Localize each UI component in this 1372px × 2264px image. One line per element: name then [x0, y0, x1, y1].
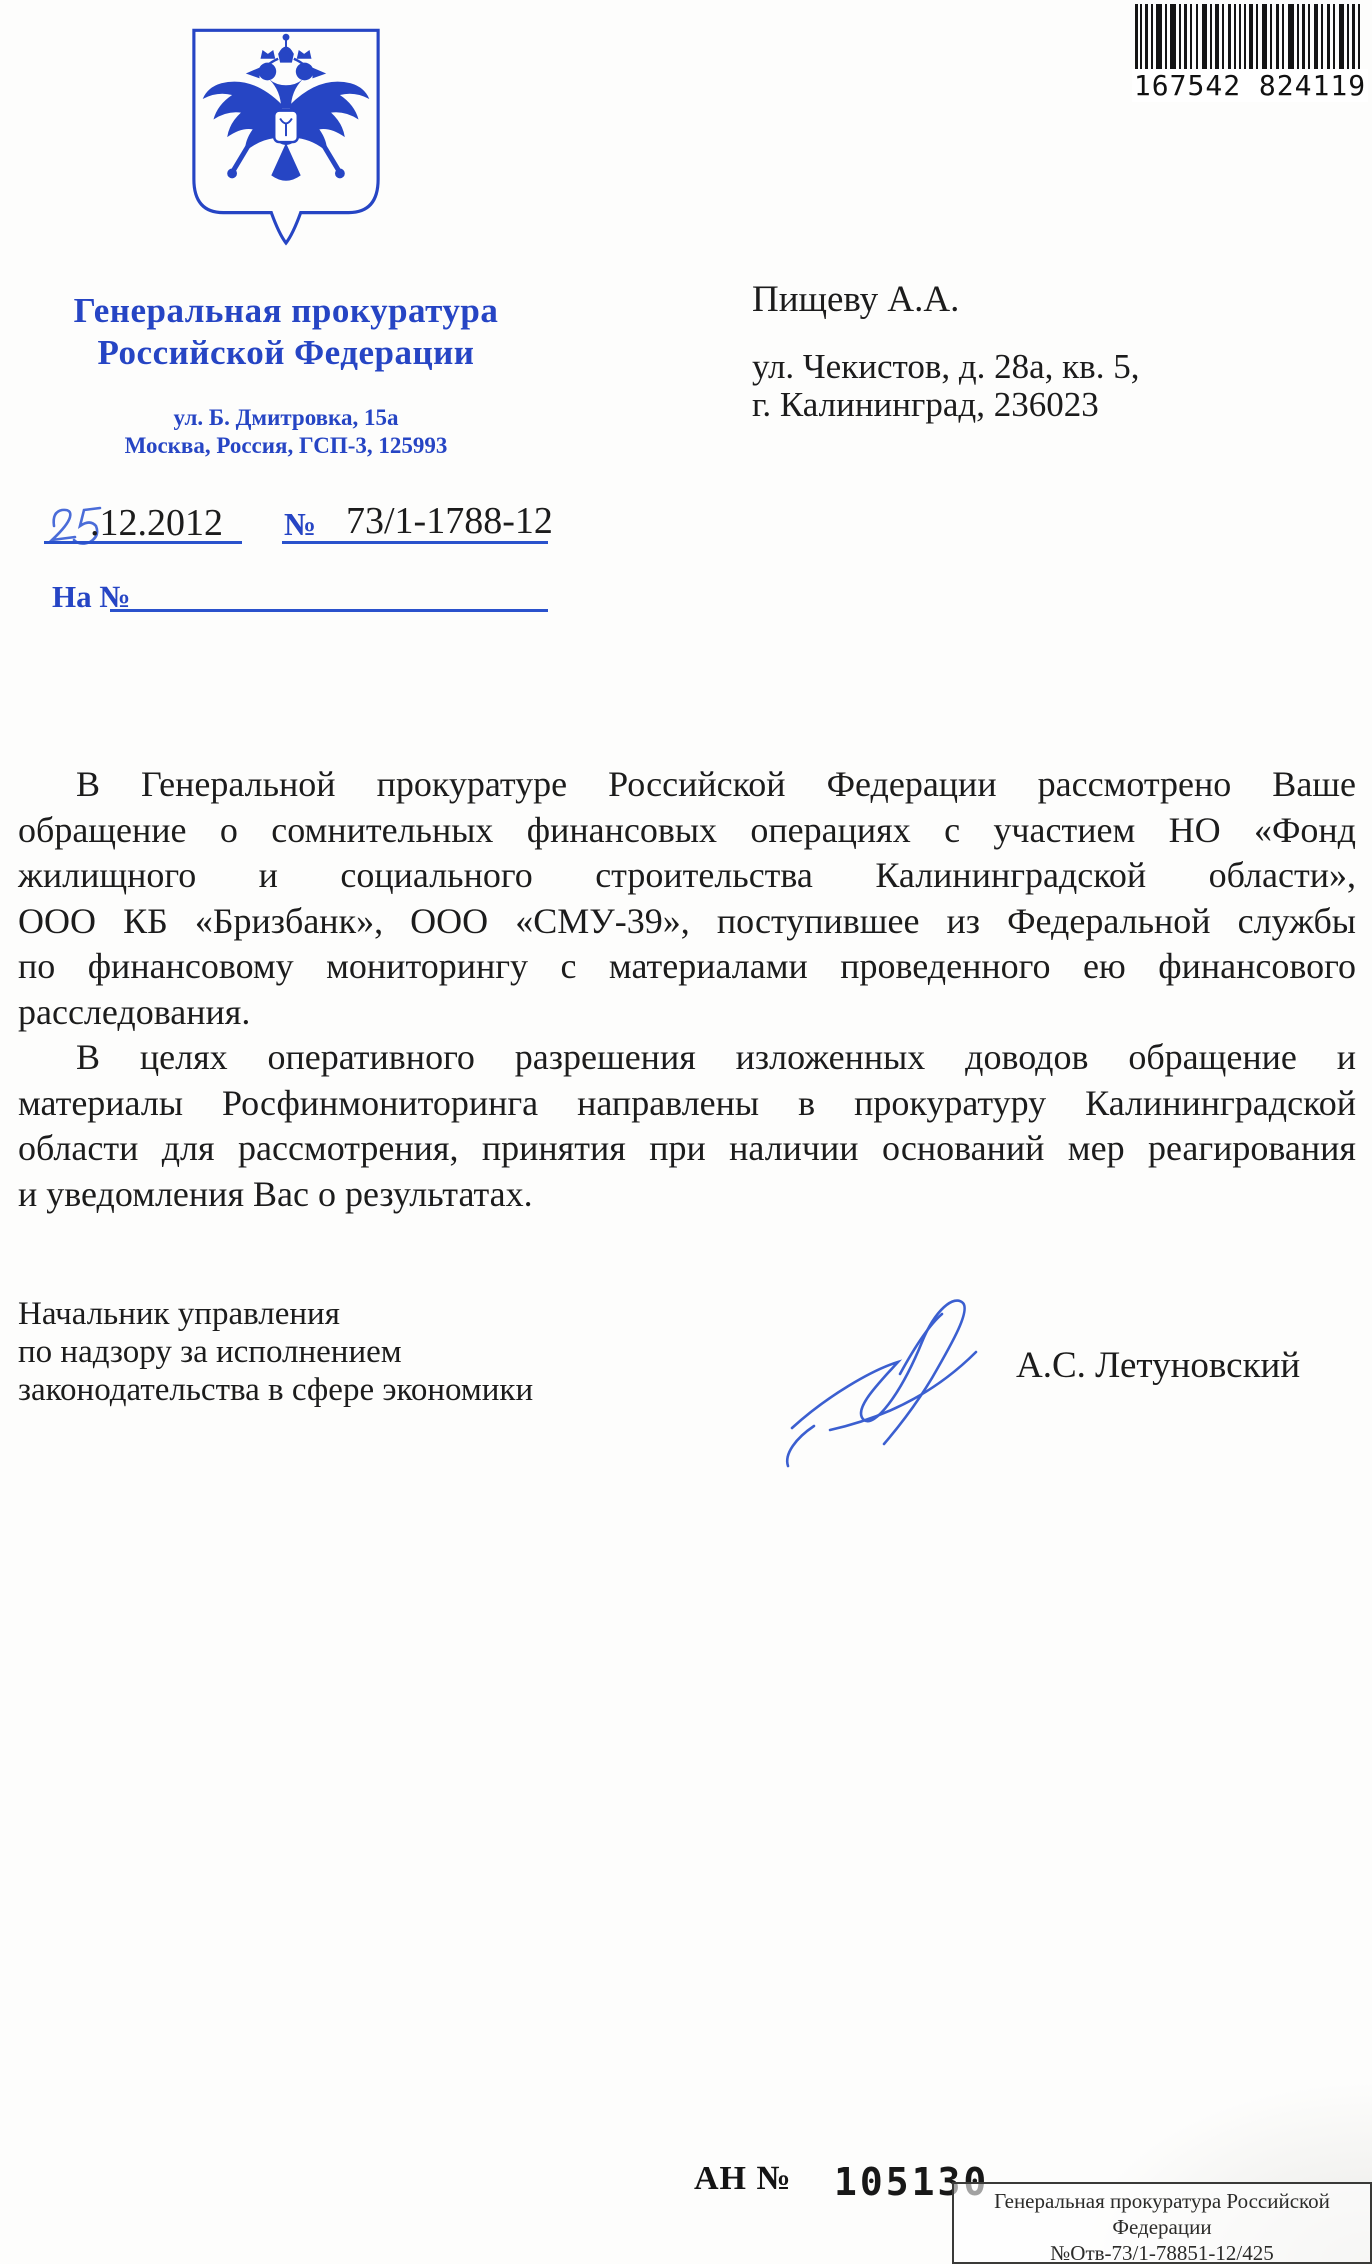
- text-line: Начальник управления: [18, 1295, 533, 1333]
- registry-stamp: Генеральная прокуратура Российской Федер…: [952, 2182, 1372, 2264]
- text-line: по финансовому мониторингу с материалами…: [18, 944, 1356, 990]
- signer-title: Начальник управленияпо надзору за исполн…: [18, 1295, 533, 1409]
- printed-date: .12.2012: [90, 501, 223, 545]
- text-line: расследования.: [18, 990, 1356, 1036]
- text-line: по надзору за исполнением: [18, 1333, 533, 1371]
- body-paragraph-1: В Генеральной прокуратуре Российской Фед…: [18, 762, 1356, 1035]
- letter-body: В Генеральной прокуратуре Российской Фед…: [18, 762, 1356, 1217]
- text-line: жилищного и социального строительства Ка…: [18, 853, 1356, 899]
- letterhead: Генеральная прокуратура Российской Федер…: [30, 290, 542, 460]
- stamp-org-line2: Федерации: [954, 2214, 1370, 2240]
- text-line: области для рассмотрения, принятия при н…: [18, 1126, 1356, 1172]
- stamp-reg-number: №Отв-73/1-78851-12/425: [954, 2240, 1370, 2264]
- signer-name: А.С. Летуновский: [1016, 1344, 1300, 1387]
- text-line: В целях оперативного разрешения изложенн…: [18, 1035, 1356, 1081]
- recipient-name: Пищеву А.А.: [752, 278, 1139, 321]
- org-name-line2: Российской Федерации: [30, 332, 542, 374]
- coat-of-arms-emblem: [188, 26, 384, 269]
- text-line: и уведомления Вас о результатах.: [18, 1172, 1356, 1218]
- stamp-org-line1: Генеральная прокуратура Российской: [954, 2188, 1370, 2214]
- org-name-line1: Генеральная прокуратура: [30, 290, 542, 332]
- text-line: В Генеральной прокуратуре Российской Фед…: [18, 762, 1356, 808]
- double-headed-eagle: [203, 34, 370, 181]
- handwritten-signature: [772, 1278, 1054, 1475]
- text-line: материалы Росфинмониторинга направлены в…: [18, 1081, 1356, 1127]
- recipient-block: Пищеву А.А. ул. Чекистов, д. 28а, кв. 5,…: [752, 278, 1139, 424]
- text-line: обращение о сомнительных финансовых опер…: [18, 808, 1356, 854]
- scanned-letter-page: 167542 824119: [0, 0, 1372, 2264]
- outgoing-number: 73/1-1788-12: [346, 499, 553, 543]
- body-paragraph-2: В целях оперативного разрешения изложенн…: [18, 1035, 1356, 1217]
- reply-to-underline: [110, 609, 548, 612]
- org-address-line2: Москва, Россия, ГСП-3, 125993: [30, 432, 542, 460]
- an-number-label: АН №: [694, 2160, 792, 2198]
- org-address-line1: ул. Б. Дмитровка, 15а: [30, 404, 542, 432]
- barcode-digits: 167542 824119: [1132, 69, 1368, 102]
- recipient-address-line2: г. Калининград, 236023: [752, 386, 1139, 424]
- text-line: ООО КБ «Бризбанк», ООО «СМУ-39», поступи…: [18, 899, 1356, 945]
- number-underline: [282, 541, 548, 544]
- text-line: законодательства в сфере экономики: [18, 1371, 533, 1409]
- recipient-address-line1: ул. Чекистов, д. 28а, кв. 5,: [752, 348, 1139, 386]
- number-sign: №: [284, 506, 316, 543]
- date-underline: [44, 541, 242, 544]
- registration-barcode: 167542 824119: [1135, 4, 1365, 102]
